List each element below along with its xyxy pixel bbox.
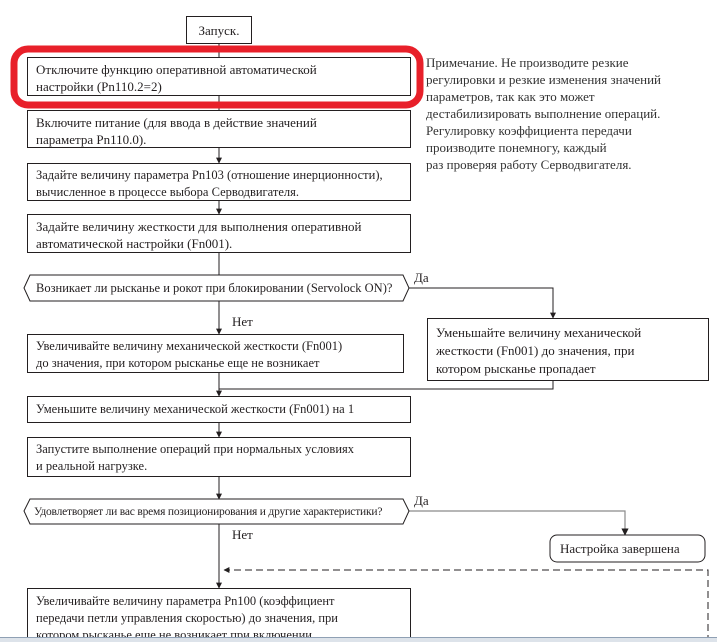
note-line: Регулировку коэффициента передачи <box>426 122 716 139</box>
step-set-pn103: Задайте величину параметра Pn103 (отноше… <box>27 163 411 201</box>
step-increase-pn100: Увеличивайте величину параметра Pn100 (к… <box>27 588 411 642</box>
step-increase-rigidity: Увеличивайте величину механической жестк… <box>27 334 404 373</box>
start-node: Запуск. <box>186 16 252 44</box>
decision-hunting-text: Возникает ли рысканье и рокот при блокир… <box>36 281 392 296</box>
note-line: регулировки и резкие изменения значений <box>426 71 716 88</box>
decision-satisfied-yes: Да <box>414 493 429 508</box>
step-set-rigidity: Задайте величину жесткости для выполнени… <box>27 214 411 253</box>
caution-note: Примечание. Не производите резкие регули… <box>426 54 716 173</box>
decision-hunting-yes: Да <box>414 270 429 285</box>
note-line: параметров, так как это может <box>426 88 716 105</box>
step-power-on: Включите питание (для ввода в действие з… <box>27 110 411 148</box>
end-node: Настройка завершена <box>560 541 680 556</box>
note-line: Примечание. Не производите резкие <box>426 54 716 71</box>
bottom-edge-strip <box>0 637 717 642</box>
decision-satisfied-text: Удовлетворяет ли вас время позиционирова… <box>34 505 382 520</box>
step-decrease-rigidity-until: Уменьшайте величину механической жесткос… <box>427 318 709 381</box>
step-run-normal: Запустите выполнение операций при нормал… <box>27 437 411 477</box>
step-disable-autotune: Отключите функцию оперативной автоматиче… <box>27 57 411 96</box>
note-line: производите понемногу, каждый <box>426 139 716 156</box>
note-line: дестабилизировать выполнение операций. <box>426 105 716 122</box>
decision-hunting-no: Нет <box>232 314 253 329</box>
decision-satisfied-no: Нет <box>232 527 253 542</box>
step-decrease-rigidity-1: Уменьшите величину механической жесткост… <box>27 396 411 423</box>
note-line: раз проверяя работу Серводвигателя. <box>426 156 716 173</box>
